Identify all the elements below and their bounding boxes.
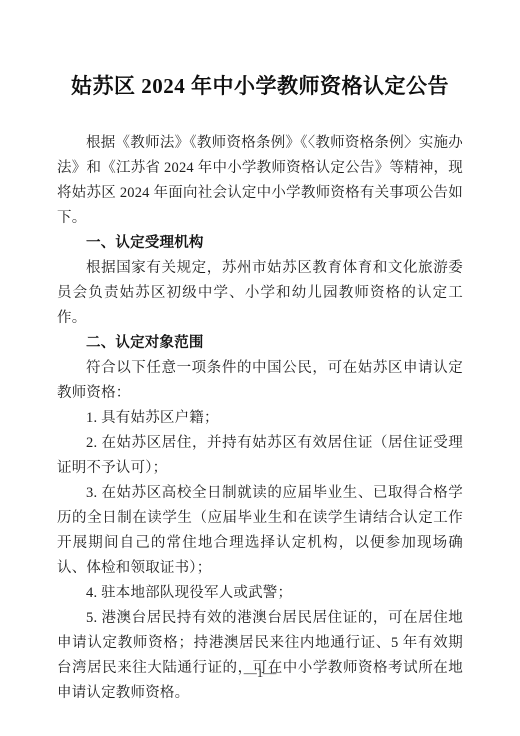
- paragraph: 符合以下任意一项条件的中国公民，可在姑苏区申请认定教师资格：: [57, 356, 463, 406]
- page-title: 姑苏区 2024 年中小学教师资格认定公告: [57, 72, 463, 100]
- paragraph: 根据《教师法》《教师资格条例》《〈教师资格条例〉实施办法》和《江苏省 2024 …: [57, 131, 463, 231]
- document-text: 根据《教师法》《教师资格条例》《〈教师资格条例〉实施办法》和《江苏省 2024 …: [57, 131, 463, 706]
- numbered-item: 1. 具有姑苏区户籍；: [57, 406, 463, 431]
- section-heading: 一、认定受理机构: [57, 231, 463, 256]
- section-heading: 二、认定对象范围: [57, 331, 463, 356]
- numbered-item: 4. 驻本地部队现役军人或武警；: [57, 581, 463, 606]
- numbered-item: 3. 在姑苏区高校全日制就读的应届毕业生、已取得合格学历的全日制在读学生（应届毕…: [57, 481, 463, 581]
- document-page: { "document": { "title": "姑苏区 2024 年中小学教…: [0, 0, 520, 736]
- page-number: —1—: [0, 664, 520, 682]
- paragraph: 根据国家有关规定，苏州市姑苏区教育体育和文化旅游委员会负责姑苏区初级中学、小学和…: [57, 256, 463, 331]
- document-body: 姑苏区 2024 年中小学教师资格认定公告 根据《教师法》《教师资格条例》《〈教…: [57, 0, 463, 706]
- numbered-item: 5. 港澳台居民持有效的港澳台居民居住证的，可在居住地申请认定教师资格；持港澳居…: [57, 606, 463, 706]
- numbered-item: 2. 在姑苏区居住，并持有姑苏区有效居住证（居住证受理证明不予认可）；: [57, 431, 463, 481]
